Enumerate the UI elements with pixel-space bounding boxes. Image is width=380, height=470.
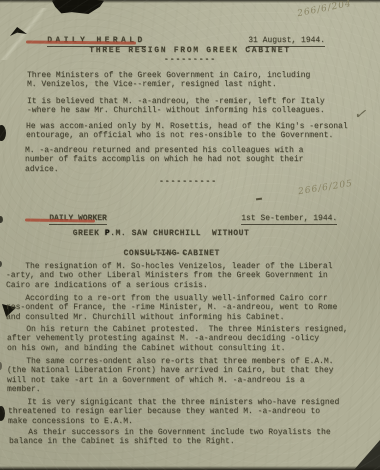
article-paragraph: According to a re-ort from the usually w… (6, 294, 376, 322)
edge-smudge (0, 362, 2, 370)
edge-smudge (0, 125, 6, 141)
article-paragraph: On his return the Cabinet protested. The… (7, 325, 377, 353)
article-paragraph: M. -a-andreou returned and presented his… (25, 146, 377, 174)
headline-text: GREEK (73, 229, 105, 238)
pencil-insertion-mark (256, 198, 262, 201)
headline-text: .M. SAW CHURCHILL WITHOUT (110, 229, 249, 238)
article-paragraph: It is very signigicant that the three mi… (8, 398, 378, 426)
date-label: 1st Se-tember, 1944. (241, 214, 337, 225)
headline-rule: --------- (0, 249, 322, 259)
article-paragraph: The same corres-ondent also re-orts that… (7, 357, 377, 394)
article-headline: THREE RESIGN FROM GREEK CABINET (0, 46, 380, 55)
headline-rule: --------- (0, 55, 380, 64)
article-paragraph: He was accom-anied only by M. Rosettis, … (26, 122, 378, 141)
article-paragraph: As their successors in the Government in… (9, 428, 379, 447)
edge-smudge (0, 406, 5, 421)
scan-bottom-edge (0, 466, 380, 470)
edge-smudge (0, 216, 3, 223)
article-paragraph: It is believed that M. -a-andreou, the -… (27, 97, 379, 116)
margin-arrow-mark (10, 27, 27, 36)
corner-ink-blot (52, 0, 104, 14)
archive-reference-note: 266/6/205 (298, 179, 354, 198)
article-paragraph: Three Ministers of the Greek Government … (27, 71, 379, 90)
article-separator: ---------- (148, 177, 228, 186)
article-paragraph: The resignation of M. So-hocles Venizelo… (6, 262, 376, 290)
scanned-press-cuttings-page: 266/6/204 DAILY HERALD 31 August, 1944. … (0, 0, 380, 470)
